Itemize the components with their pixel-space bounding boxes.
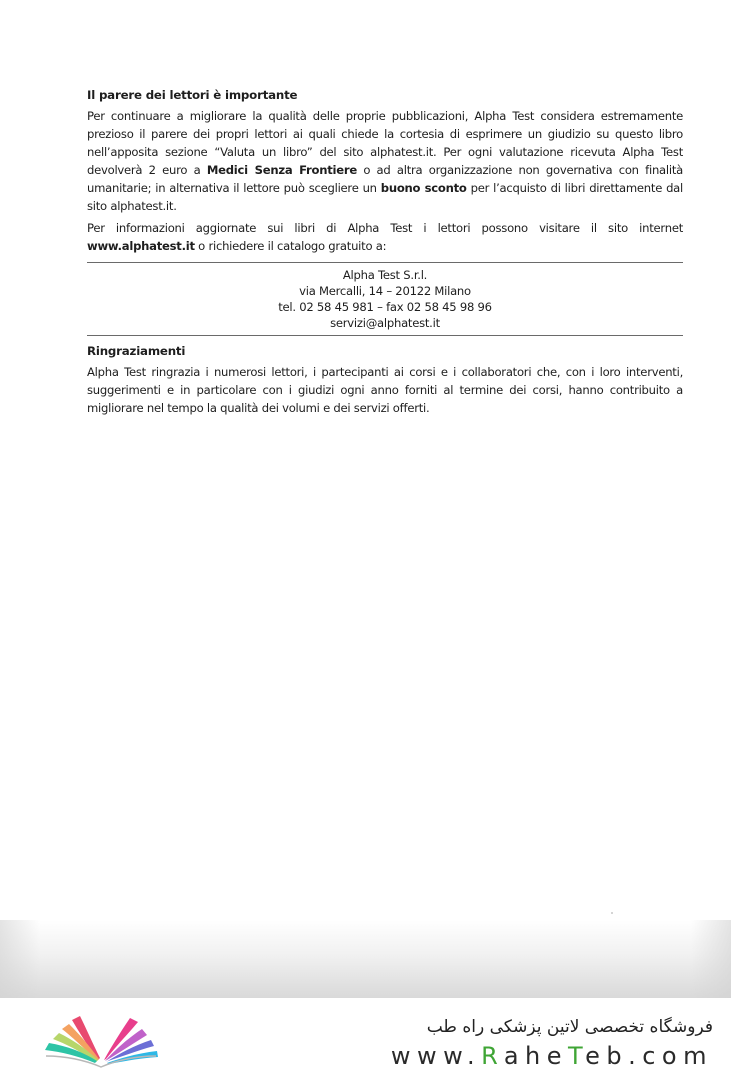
footer-banner: فروشگاه تخصصی لاتین پزشکی راه طب www.Rah… [0,998,731,1080]
divider-bottom [87,335,683,336]
document-content: Il parere dei lettori è importante Per c… [87,86,683,417]
site-prefix: www. [391,1042,481,1070]
document-page: Il parere dei lettori è importante Per c… [0,0,731,998]
address-phone-fax: tel. 02 58 45 981 – fax 02 58 45 98 96 [87,299,683,315]
site-middle: ahe [504,1042,568,1070]
scan-speck [611,912,613,914]
section-heading-acknowledgements: Ringraziamenti [87,342,683,360]
store-website: www.RaheTeb.com [391,1040,713,1072]
acknowledgements-paragraph: Alpha Test ringrazia i numerosi lettori,… [87,363,683,417]
site-accent-r: R [481,1042,504,1070]
address-street: via Mercalli, 14 – 20122 Milano [87,283,683,299]
page-edge-shadow [0,920,731,998]
text-run: o richiedere il catalogo gratuito a: [195,239,387,253]
acknowledgements-section: Ringraziamenti Alpha Test ringrazia i nu… [87,342,683,417]
store-tagline: فروشگاه تخصصی لاتین پزشکی راه طب [391,1016,713,1038]
site-suffix: eb.com [585,1042,713,1070]
address-email: servizi@alphatest.it [87,315,683,331]
site-accent-t: T [568,1042,585,1070]
address-block: Alpha Test S.r.l. via Mercalli, 14 – 201… [87,263,683,335]
bold-text-msf: Medici Senza Frontiere [207,163,357,177]
website-link: www.alphatest.it [87,239,195,253]
bold-text-discount: buono sconto [381,181,467,195]
section-heading-feedback: Il parere dei lettori è importante [87,86,683,104]
info-paragraph: Per informazioni aggiornate sui libri di… [87,219,683,255]
footer-text: فروشگاه تخصصی لاتین پزشکی راه طب www.Rah… [391,1016,713,1072]
address-company: Alpha Test S.r.l. [87,267,683,283]
text-run: Per informazioni aggiornate sui libri di… [87,221,683,235]
open-book-rainbow-icon [40,1012,162,1070]
feedback-paragraph: Per continuare a migliorare la qualità d… [87,107,683,215]
